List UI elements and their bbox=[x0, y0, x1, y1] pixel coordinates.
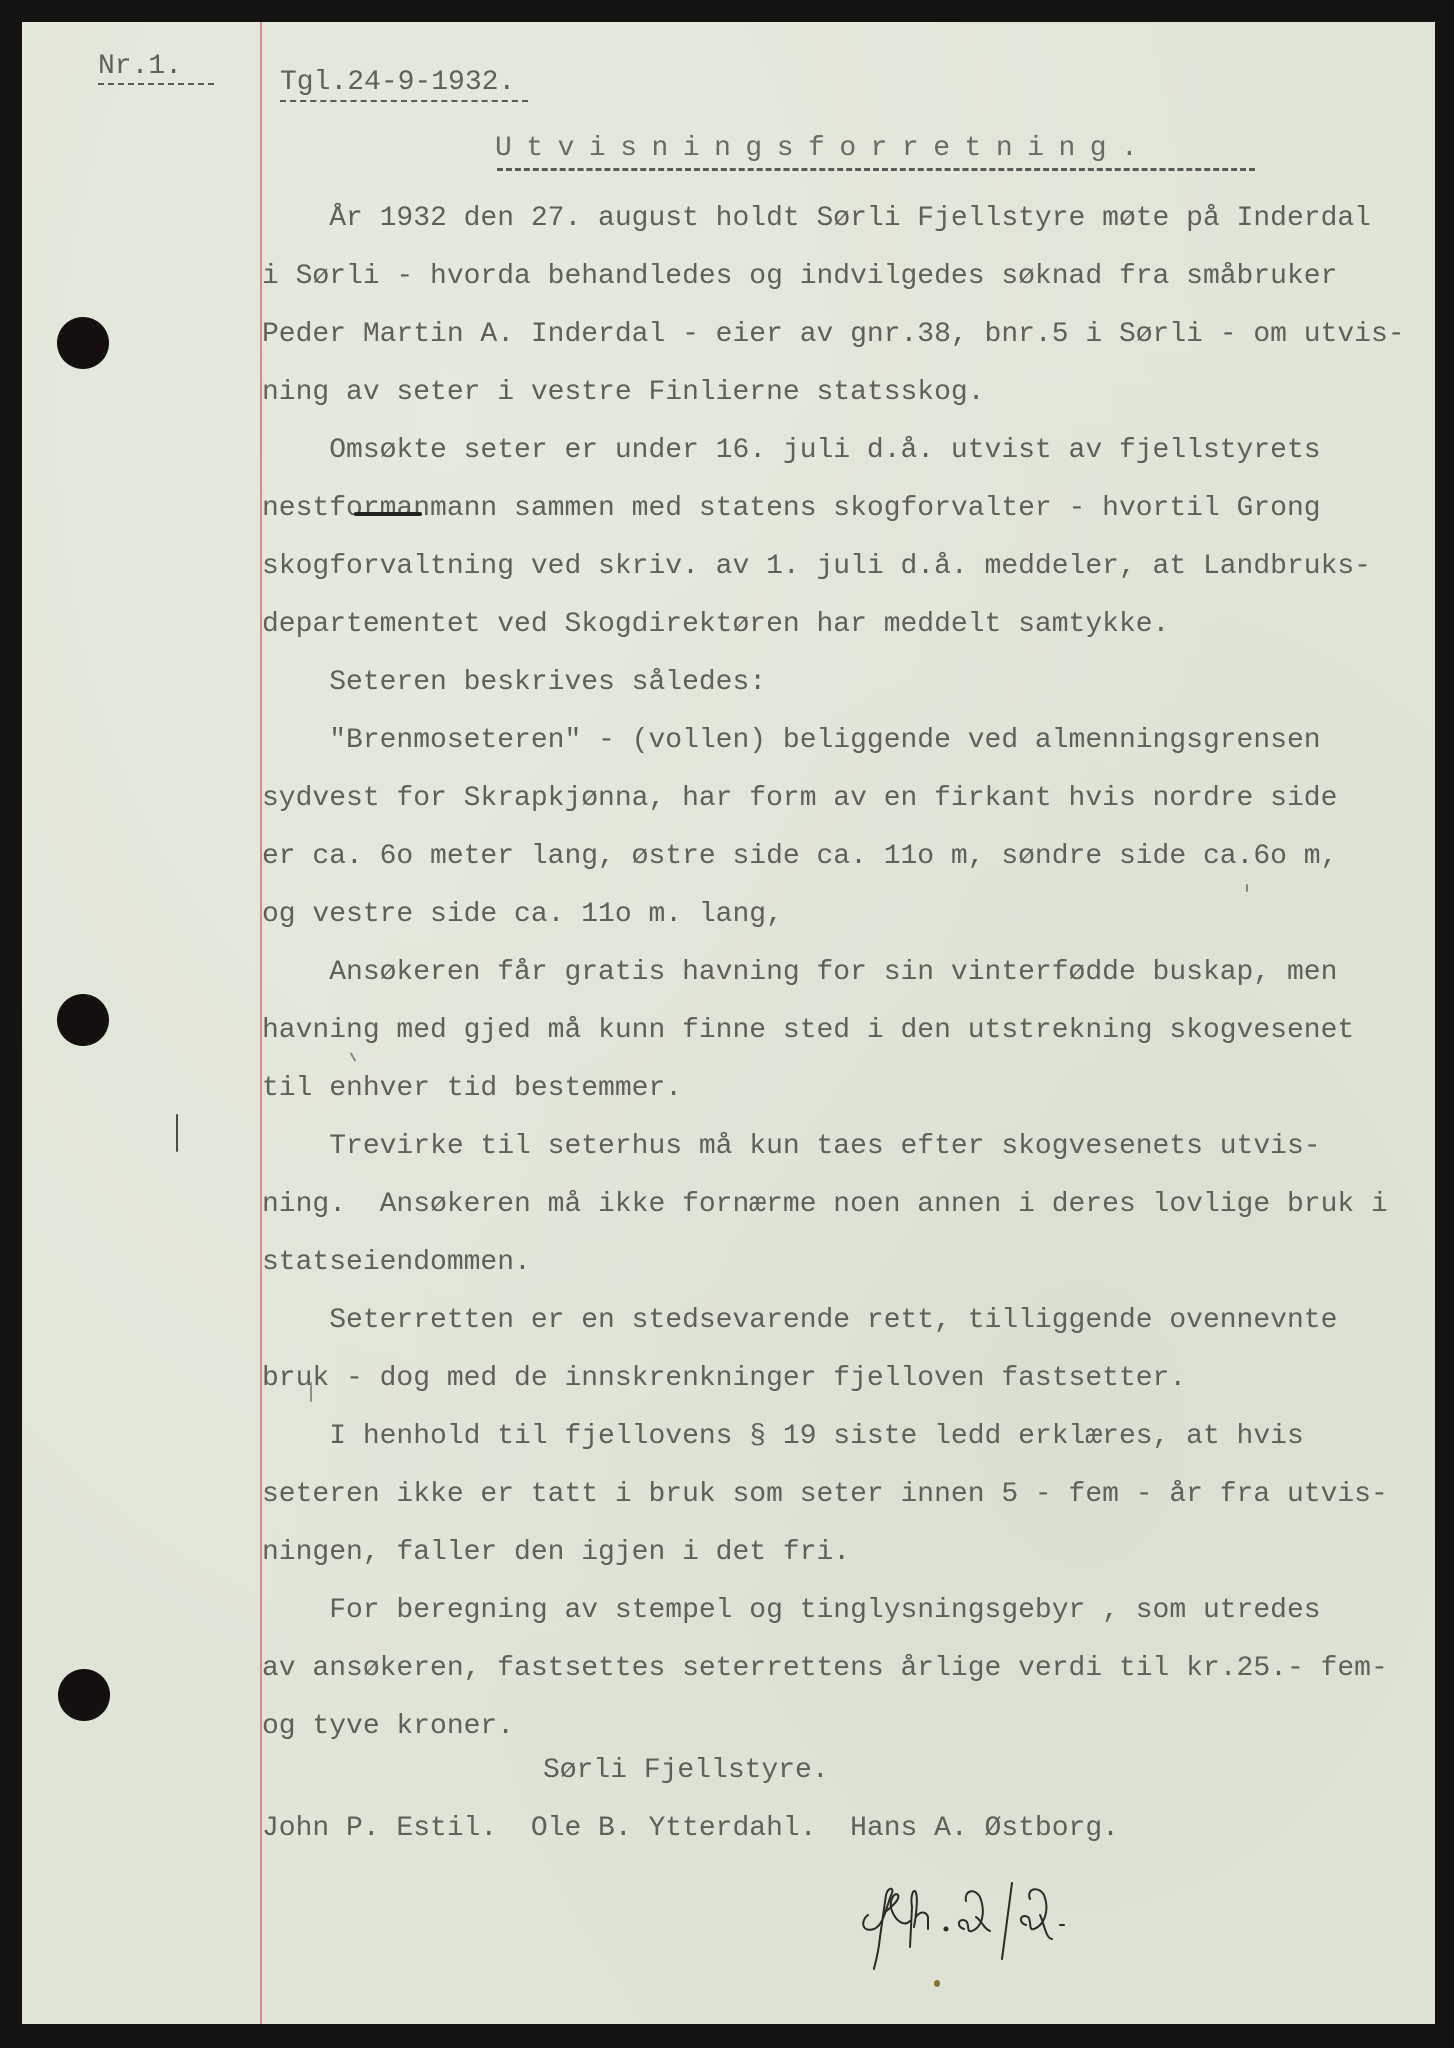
body-line: ningen, faller den igjen i det fri. bbox=[262, 1538, 850, 1568]
body-line: havning med gjed må kunn finne sted i de… bbox=[262, 1016, 1354, 1046]
body-line: av ansøkeren, fastsettes seterrettens år… bbox=[262, 1654, 1388, 1684]
punch-hole-icon bbox=[58, 1669, 110, 1721]
punch-hole-icon bbox=[57, 994, 109, 1046]
body-line: og tyve kroner. bbox=[262, 1712, 514, 1742]
handwritten-note: Kfr. R/R. bbox=[854, 1877, 1084, 1987]
registration-date: Tgl.24-9-1932. bbox=[280, 68, 515, 98]
registration-date-underline bbox=[280, 100, 528, 102]
body-line: og vestre side ca. 11o m. lang, bbox=[262, 900, 783, 930]
document-number: Nr.1. bbox=[98, 52, 182, 82]
body-line: nestformanmann sammen med statens skogfo… bbox=[262, 494, 1321, 524]
pencil-mark bbox=[310, 1382, 312, 1402]
body-line: til enhver tid bestemmer. bbox=[262, 1074, 682, 1104]
body-line: seteren ikke er tatt i bruk som seter in… bbox=[262, 1480, 1388, 1510]
body-line: Peder Martin A. Inderdal - eier av gnr.3… bbox=[262, 320, 1405, 350]
pencil-mark bbox=[1246, 884, 1248, 892]
body-line: År 1932 den 27. august holdt Sørli Fjell… bbox=[262, 204, 1371, 234]
document-heading: Utvisningsforretning. bbox=[495, 134, 1152, 164]
body-line: departementet ved Skogdirektøren har med… bbox=[262, 610, 1169, 640]
punch-hole-icon bbox=[57, 317, 109, 369]
body-line: Seteren beskrives således: bbox=[262, 668, 766, 698]
body-line: Omsøkte seter er under 16. juli d.å. utv… bbox=[262, 436, 1321, 466]
body-line: Ansøkeren får gratis havning for sin vin… bbox=[262, 958, 1337, 988]
body-line: skogforvaltning ved skriv. av 1. juli d.… bbox=[262, 552, 1371, 582]
body-line: For beregning av stempel og tinglysnings… bbox=[262, 1596, 1321, 1626]
document-page: Nr.1. Tgl.24-9-1932. Utvisningsforretnin… bbox=[22, 22, 1435, 2024]
body-line: ning. Ansøkeren må ikke fornærme noen an… bbox=[262, 1190, 1388, 1220]
body-line: Seterretten er en stedsevarende rett, ti… bbox=[262, 1306, 1337, 1336]
pencil-mark bbox=[350, 1052, 357, 1062]
body-line: "Brenmoseteren" - (vollen) beliggende ve… bbox=[262, 726, 1321, 756]
pencil-mark bbox=[176, 1114, 178, 1152]
body-line: ning av seter i vestre Finlierne statssk… bbox=[262, 378, 985, 408]
body-line: statseiendommen. bbox=[262, 1248, 531, 1278]
handwritten-signature-icon: Kfr. R/R. bbox=[854, 1877, 1084, 1987]
ink-speck bbox=[934, 1980, 940, 1987]
body-line: er ca. 6o meter lang, østre side ca. 11o… bbox=[262, 842, 1337, 872]
strikethrough-mark bbox=[354, 512, 422, 516]
signatories: John P. Estil. Ole B. Ytterdahl. Hans A.… bbox=[262, 1814, 1119, 1844]
heading-underline bbox=[497, 168, 1255, 171]
body-line: Trevirke til seterhus må kun taes efter … bbox=[262, 1132, 1321, 1162]
body-line: sydvest for Skrapkjønna, har form av en … bbox=[262, 784, 1337, 814]
issuing-body: Sørli Fjellstyre. bbox=[543, 1756, 829, 1786]
body-line: I henhold til fjellovens § 19 siste ledd… bbox=[262, 1422, 1304, 1452]
body-line: i Sørli - hvorda behandledes og indvilge… bbox=[262, 262, 1337, 292]
body-line: bruk - dog med de innskrenkninger fjello… bbox=[262, 1364, 1186, 1394]
document-number-underline bbox=[98, 83, 214, 85]
